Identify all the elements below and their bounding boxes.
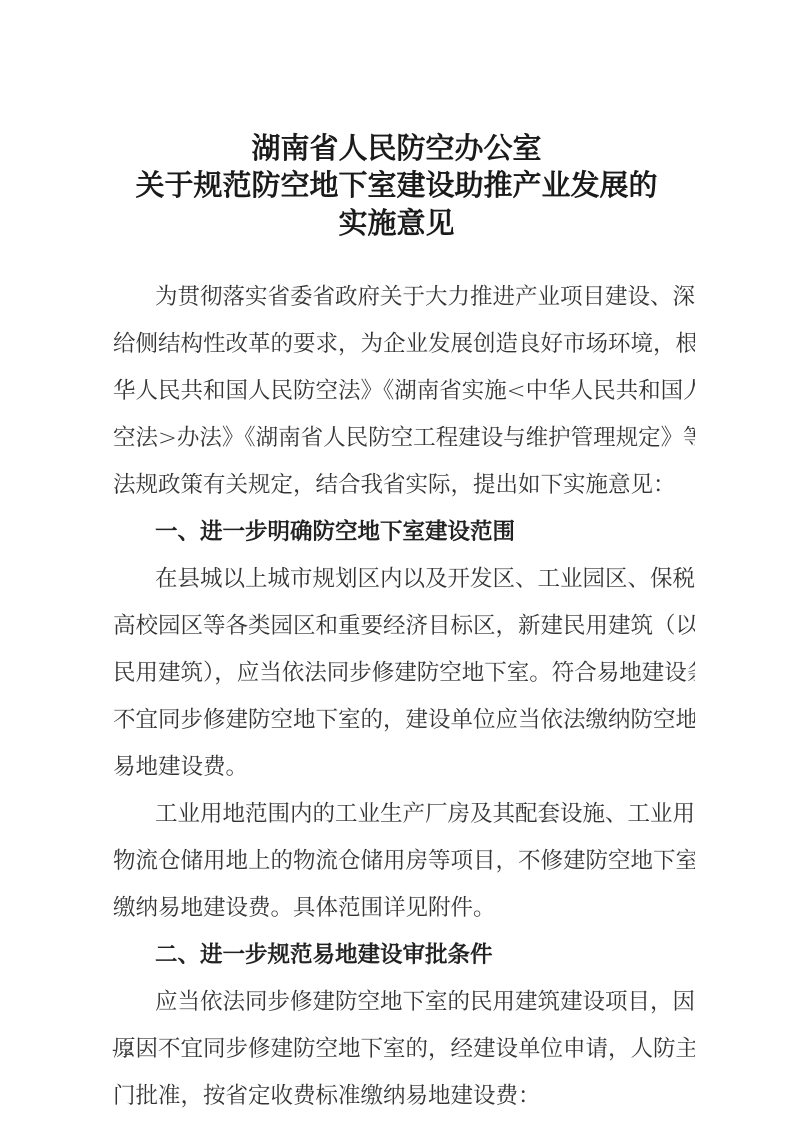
document-title-line-1: 湖南省人民防空办公室 bbox=[0, 129, 793, 167]
section-2-para-1-line: 应当依法同步修建防空地下室的民用建筑建设项目，因下列 bbox=[113, 979, 695, 1026]
section-1-para-2-line: 物流仓储用地上的物流仓储用房等项目，不修建防空地下室，不 bbox=[113, 838, 695, 885]
page-number: - 2 - bbox=[112, 1040, 145, 1060]
section-1-para-1-line: 高校园区等各类园区和重要经济目标区，新建民用建筑（以下简称 bbox=[113, 603, 695, 650]
section-1-para-1-line: 在县城以上城市规划区内以及开发区、工业园区、保税区、 bbox=[113, 556, 695, 603]
section-2-para-1-line: 原因不宜同步修建防空地下室的，经建设单位申请，人防主管部 bbox=[113, 1026, 695, 1073]
section-1-para-1-line: 易地建设费。 bbox=[113, 744, 695, 791]
section-1-para-1-line: 民用建筑），应当依法同步修建防空地下室。符合易地建设条件， bbox=[113, 650, 695, 697]
document-title-line-3: 实施意见 bbox=[0, 204, 793, 242]
section-1-para-2-line: 工业用地范围内的工业生产厂房及其配套设施、工业用地和 bbox=[113, 791, 695, 838]
intro-line: 华人民共和国人民防空法》《湖南省实施<中华人民共和国人民防 bbox=[113, 368, 695, 415]
section-1-para-1-line: 不宜同步修建防空地下室的，建设单位应当依法缴纳防空地下室 bbox=[113, 697, 695, 744]
section-2-para-1-line: 门批准，按省定收费标准缴纳易地建设费： bbox=[113, 1073, 695, 1120]
intro-line: 空法>办法》《湖南省人民防空工程建设与维护管理规定》等人防 bbox=[113, 415, 695, 462]
section-1-heading: 一、进一步明确防空地下室建设范围 bbox=[113, 509, 695, 556]
section-2-heading: 二、进一步规范易地建设审批条件 bbox=[113, 932, 695, 979]
document-body: 为贯彻落实省委省政府关于大力推进产业项目建设、深化供 给侧结构性改革的要求，为企… bbox=[113, 274, 695, 1120]
document-title-line-2: 关于规范防空地下室建设助推产业发展的 bbox=[0, 166, 793, 204]
section-1-para-2-line: 缴纳易地建设费。具体范围详见附件。 bbox=[113, 885, 695, 932]
intro-line: 为贯彻落实省委省政府关于大力推进产业项目建设、深化供 bbox=[113, 274, 695, 321]
intro-line: 法规政策有关规定，结合我省实际，提出如下实施意见： bbox=[113, 462, 695, 509]
intro-line: 给侧结构性改革的要求，为企业发展创造良好市场环境，根据《中 bbox=[113, 321, 695, 368]
